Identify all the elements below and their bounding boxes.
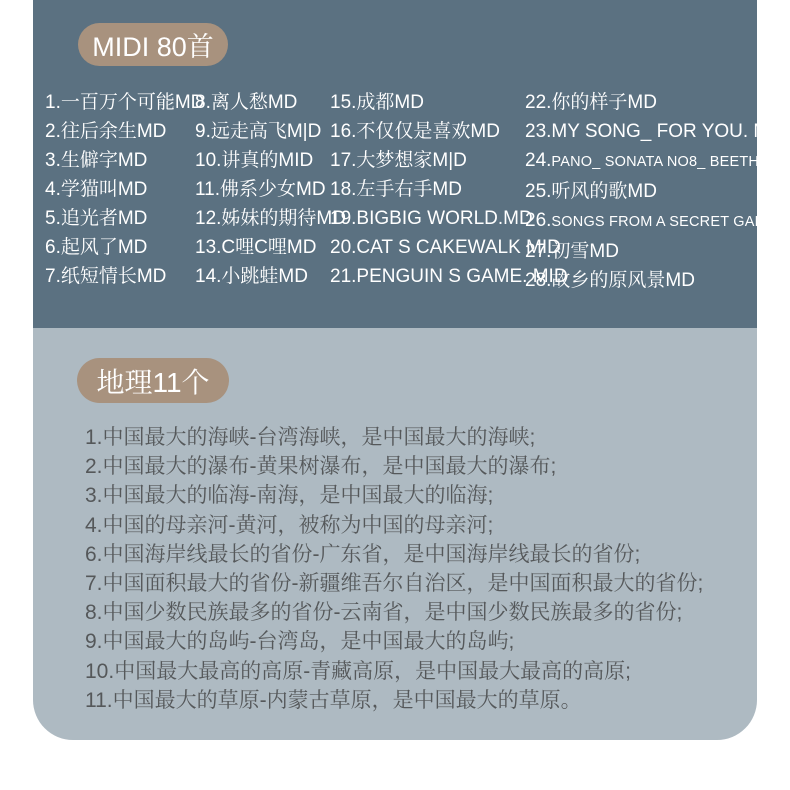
item-title: SONGS FROM A SECRET GARDEN <box>551 214 757 230</box>
item-title: 成都MD <box>356 92 424 113</box>
geo-fact-item: 11.中国最大的草原-内蒙古草原，是中国最大的草原。 <box>85 686 703 715</box>
song-item: 6.起风了MD <box>45 233 204 262</box>
song-item: 10.讲真的MID <box>195 146 346 175</box>
geo-fact-item: 1.中国最大的海峡-台湾海峡，是中国最大的海峡; <box>85 423 703 452</box>
item-number: 20. <box>330 237 356 258</box>
geo-fact-item: 7.中国面积最大的省份-新疆维吾尔自治区，是中国面积最大的省份; <box>85 569 703 598</box>
item-title: 小跳蛙MD <box>221 266 308 287</box>
item-title: 佛系少女MD <box>220 179 326 200</box>
song-item: 12.姊妹的期待MD <box>195 204 346 233</box>
song-item: 23.MY SONG_ FOR YOU. MID <box>525 117 757 146</box>
item-number: 12. <box>195 208 221 229</box>
song-item: 27.初雪MD <box>525 237 757 266</box>
song-item: 4.学猫叫MD <box>45 175 204 204</box>
song-item: 14.小跳蛙MD <box>195 262 346 291</box>
song-item: 24.PANO_ SONATA NO8_ BEETHOVEN <box>525 146 757 177</box>
song-item: 11.佛系少女MD <box>195 175 346 204</box>
song-item: 13.C哩C哩MD <box>195 233 346 262</box>
item-number: 24. <box>525 150 551 171</box>
item-number: 13. <box>195 237 221 258</box>
item-number: 11. <box>195 179 220 200</box>
item-title: 追光者MD <box>61 208 148 229</box>
item-number: 1. <box>45 92 61 113</box>
item-number: 21. <box>330 266 356 287</box>
song-item: 8.离人愁MD <box>195 88 346 117</box>
item-number: 10. <box>195 150 221 171</box>
item-title: 讲真的MID <box>221 150 313 171</box>
song-item: 3.生僻字MD <box>45 146 204 175</box>
geo-fact-item: 9.中国最大的岛屿-台湾岛，是中国最大的岛屿; <box>85 627 703 656</box>
item-title: C哩C哩MD <box>221 237 316 258</box>
item-title: 一百万个可能MD <box>61 92 205 113</box>
content-panel: MIDI 80首 1.一百万个可能MD2.往后余生MD3.生僻字MD4.学猫叫M… <box>33 0 757 740</box>
song-item: 7.纸短情长MD <box>45 262 204 291</box>
item-title: 听风的歌MD <box>551 181 657 202</box>
geo-fact-item: 8.中国少数民族最多的省份-云南省，是中国少数民族最多的省份; <box>85 598 703 627</box>
song-item: 5.追光者MD <box>45 204 204 233</box>
item-title: 不仅仅是喜欢MD <box>356 121 500 142</box>
item-number: 3. <box>45 150 61 171</box>
song-item: 25.听风的歌MD <box>525 177 757 206</box>
item-title: BIGBIG WORLD.MD <box>356 208 532 229</box>
item-title: 远走高飞M|D <box>211 121 321 142</box>
item-title: 起风了MD <box>61 237 148 258</box>
song-item: 26.SONGS FROM A SECRET GARDEN <box>525 206 757 237</box>
song-item: 22.你的样子MD <box>525 88 757 117</box>
item-number: 16. <box>330 121 356 142</box>
geo-fact-item: 2.中国最大的瀑布-黄果树瀑布，是中国最大的瀑布; <box>85 452 703 481</box>
item-title: 故乡的原风景MD <box>551 270 695 291</box>
song-list-column-1: 1.一百万个可能MD2.往后余生MD3.生僻字MD4.学猫叫MD5.追光者MD6… <box>45 88 204 291</box>
item-number: 25. <box>525 181 551 202</box>
item-number: 9. <box>195 121 211 142</box>
item-number: 14. <box>195 266 221 287</box>
item-title: PANO_ SONATA NO8_ BEETHOVEN <box>551 154 757 170</box>
item-number: 22. <box>525 92 551 113</box>
item-number: 8. <box>195 92 211 113</box>
geo-fact-item: 3.中国最大的临海-南海，是中国最大的临海; <box>85 481 703 510</box>
item-title: 往后余生MD <box>61 121 167 142</box>
item-number: 6. <box>45 237 61 258</box>
song-list-column-2: 8.离人愁MD9.远走高飞M|D10.讲真的MID11.佛系少女MD12.姊妹的… <box>195 88 346 291</box>
geography-section: 地理11个 1.中国最大的海峡-台湾海峡，是中国最大的海峡;2.中国最大的瀑布-… <box>33 328 757 740</box>
song-item: 2.往后余生MD <box>45 117 204 146</box>
item-title: 左手右手MD <box>356 179 462 200</box>
item-number: 28. <box>525 270 551 291</box>
item-number: 27. <box>525 241 551 262</box>
item-number: 2. <box>45 121 61 142</box>
song-item: 9.远走高飞M|D <box>195 117 346 146</box>
item-title: 大梦想家M|D <box>356 150 466 171</box>
item-title: 学猫叫MD <box>61 179 148 200</box>
geo-fact-item: 6.中国海岸线最长的省份-广东省，是中国海岸线最长的省份; <box>85 540 703 569</box>
item-number: 5. <box>45 208 61 229</box>
midi-badge-label: MIDI 80首 <box>92 25 214 64</box>
item-number: 18. <box>330 179 356 200</box>
song-item: 28.故乡的原风景MD <box>525 266 757 295</box>
item-number: 7. <box>45 266 61 287</box>
midi-section-badge: MIDI 80首 <box>78 23 228 66</box>
geography-badge-label: 地理11个 <box>96 361 209 401</box>
item-title: MY SONG_ FOR YOU. MID <box>551 121 757 142</box>
item-number: 26. <box>525 210 551 231</box>
geography-section-badge: 地理11个 <box>77 358 229 403</box>
item-number: 23. <box>525 121 551 142</box>
item-number: 19. <box>330 208 356 229</box>
item-title: 生僻字MD <box>61 150 148 171</box>
item-number: 17. <box>330 150 356 171</box>
midi-section: MIDI 80首 1.一百万个可能MD2.往后余生MD3.生僻字MD4.学猫叫M… <box>33 0 757 328</box>
geo-fact-item: 4.中国的母亲河-黄河，被称为中国的母亲河; <box>85 511 703 540</box>
item-number: 4. <box>45 179 61 200</box>
item-title: 姊妹的期待MD <box>221 208 346 229</box>
geo-fact-item: 10.中国最大最高的高原-青藏高原，是中国最大最高的高原; <box>85 657 703 686</box>
geography-fact-list: 1.中国最大的海峡-台湾海峡，是中国最大的海峡;2.中国最大的瀑布-黄果树瀑布，… <box>85 423 703 715</box>
item-title: 初雪MD <box>551 241 619 262</box>
song-item: 1.一百万个可能MD <box>45 88 204 117</box>
item-title: 你的样子MD <box>551 92 657 113</box>
item-number: 15. <box>330 92 356 113</box>
item-title: 纸短情长MD <box>61 266 167 287</box>
item-title: 离人愁MD <box>211 92 298 113</box>
song-list-column-4: 22.你的样子MD23.MY SONG_ FOR YOU. MID24.PANO… <box>525 88 757 295</box>
